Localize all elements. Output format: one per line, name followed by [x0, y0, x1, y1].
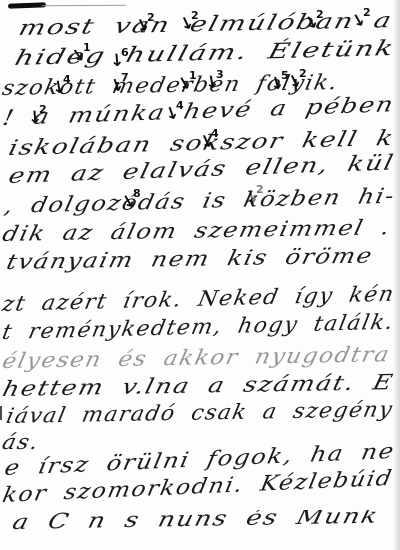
handwritten-line: a C n s nuns és Munk [10, 510, 376, 530]
annotation-arrow-mark: ↓2 [136, 16, 150, 35]
scan-artifact-tick [0, 406, 2, 420]
handwriting-ink: tványaim nem kis öröme [4, 244, 376, 274]
annotation-digit: 2 [363, 7, 371, 18]
annotation-digit: 8 [133, 188, 141, 199]
handwritten-line: most van elmúlóban a [16, 8, 390, 40]
handwritten-line: ás. [0, 430, 37, 454]
annotation-digit: 4 [63, 74, 71, 85]
handwritten-line: t reménykedtem, hogy találk. [0, 310, 392, 344]
handwritten-line: tványaim nem kis öröme [4, 244, 371, 274]
scan-artifact-hairline [42, 5, 126, 7]
annotation-digit: 2 [316, 9, 324, 20]
annotation-arrow-mark: ↓4 [165, 104, 179, 123]
annotation-arrow-mark: ↓5 [270, 74, 284, 93]
handwriting-ink: , dolgozódás is közben hi- [2, 184, 397, 218]
annotation-arrow-mark: ↓2 [245, 188, 259, 207]
clipped-last-line: a C n s nuns és Munk [10, 510, 400, 530]
annotation-arrow-mark: ↓2 [352, 11, 366, 30]
annotation-arrow-mark: ↓4 [200, 132, 214, 151]
handwriting-ink: ás. [0, 430, 42, 454]
annotation-digit: 7 [121, 72, 129, 83]
annotation-arrow-mark: ↓7 [110, 76, 124, 95]
annotation-arrow-mark: ↓2 [180, 14, 194, 33]
annotation-arrow-mark: ↓2 [288, 72, 302, 91]
annotation-digit: 2 [147, 12, 155, 23]
handwriting-ink: most van elmúlóban a [16, 8, 396, 40]
handwritten-line: hettem v.lna a számát. E [0, 370, 391, 401]
annotation-arrow-mark: ↓1 [72, 46, 86, 65]
annotation-arrow-mark: ↓2 [28, 108, 42, 127]
scan-artifact-streak [8, 2, 46, 8]
handwritten-line: iával maradó csak a szegény [4, 397, 391, 428]
handwriting-ink: t reménykedtem, hogy találk. [0, 310, 396, 344]
annotation-digit: 2 [299, 68, 307, 79]
annotation-arrow-mark: ↓2 [305, 13, 319, 32]
annotation-digit: 4 [211, 128, 219, 139]
annotation-arrow-mark: ↓8 [122, 192, 136, 211]
handwriting-ink: dik az álom szemeimmel . [0, 215, 393, 246]
annotation-digit: 4 [176, 100, 184, 111]
scanned-letter-page: most van elmúlóban ahideg hullám. Életün… [0, 0, 400, 550]
annotation-arrow-mark: ↓4 [52, 78, 66, 97]
annotation-digit: 6 [121, 47, 129, 58]
annotation-digit: 2 [256, 184, 264, 195]
handwritten-line: , dolgozódás is közben hi- [2, 184, 393, 218]
handwriting-ink: hettem v.lna a számát. E [0, 370, 396, 401]
annotation-digit: 2 [191, 10, 199, 21]
handwriting-ink: a C n s nuns és Munk [10, 510, 381, 530]
annotation-arrow-mark: ↓6 [110, 51, 124, 70]
annotation-digit: 1 [83, 42, 91, 53]
annotation-digit: 3 [216, 69, 224, 80]
handwritten-line: élyesen és akkor nyugodtra [0, 342, 388, 373]
annotation-digit: 2 [39, 104, 47, 115]
handwriting-ink: iával maradó csak a szegény [4, 397, 395, 428]
annotation-digit: 1 [189, 70, 197, 81]
annotation-arrow-mark: ↓3 [205, 73, 219, 92]
handwritten-line: dik az álom szemeimmel . [0, 215, 388, 246]
handwriting-ink: élyesen és akkor nyugodtra [0, 342, 393, 373]
annotation-arrow-mark: ↓1 [178, 74, 192, 93]
